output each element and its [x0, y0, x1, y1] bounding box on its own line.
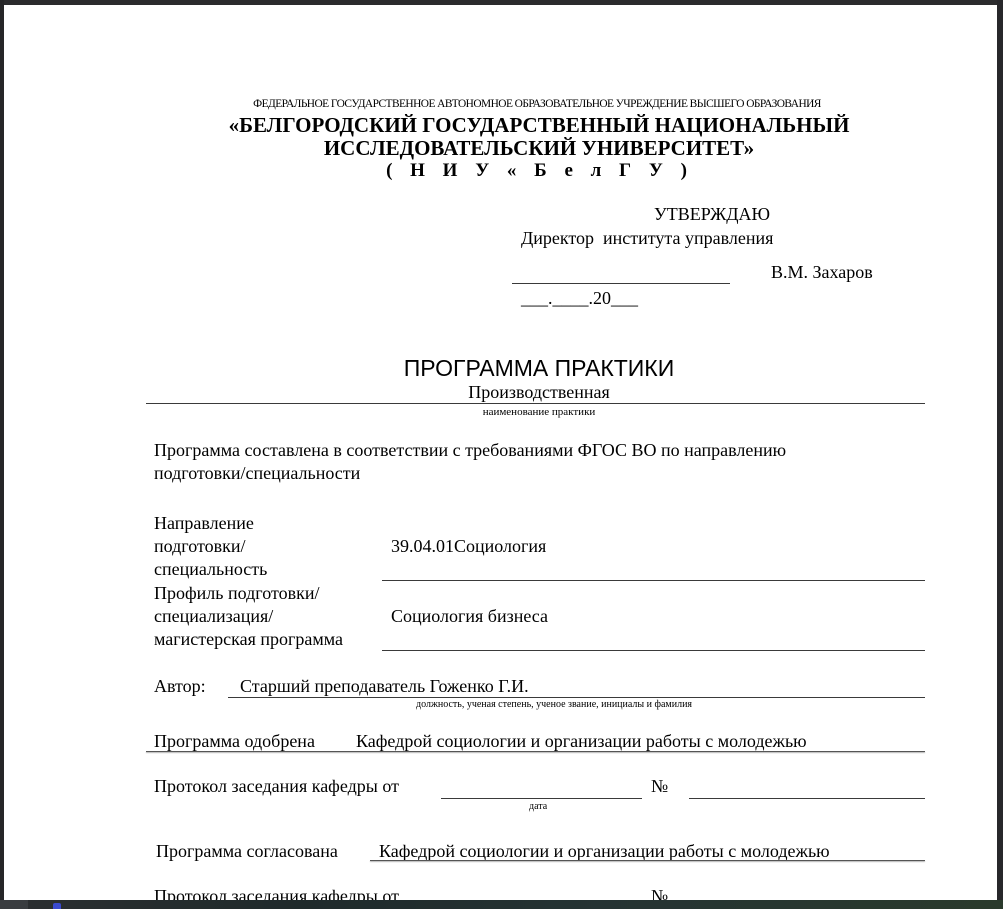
approval-date: ___.____.20___	[521, 288, 638, 309]
window-frame-right	[997, 0, 1003, 909]
author-underline	[228, 697, 925, 698]
direction-label: Направление подготовки/ специальность	[154, 512, 267, 581]
protocol1-date-caption: дата	[529, 801, 547, 812]
direction-label-line: специальность	[154, 558, 267, 581]
protocol1-number-sign: №	[651, 776, 668, 797]
protocol1-date-line	[441, 798, 642, 799]
taskbar	[0, 900, 1003, 909]
approved-by-value: Кафедрой социологии и организации работы…	[356, 731, 807, 752]
profile-value: Социология бизнеса	[391, 606, 548, 627]
document-page: ФЕДЕРАЛЬНОЕ ГОСУДАРСТВЕННОЕ АВТОНОМНОЕ О…	[4, 5, 997, 900]
start-button[interactable]	[0, 900, 28, 909]
compliance-text-line2: подготовки/специальности	[154, 463, 360, 484]
protocol1-number-line	[689, 798, 925, 799]
program-title: ПРОГРАММА ПРАКТИКИ	[4, 355, 997, 382]
university-abbreviation: ( Н И У « Б е л Г У )	[4, 160, 997, 182]
approval-signatory: В.М. Захаров	[771, 262, 873, 283]
compliance-text-line1: Программа составлена в соответствии с тр…	[154, 440, 786, 461]
direction-value: 39.04.01Социология	[391, 536, 546, 557]
direction-label-line: Направление	[154, 512, 267, 535]
approved-by-underline	[146, 751, 925, 752]
profile-label-line: специализация/	[154, 605, 343, 628]
university-name-line1: «БЕЛГОРОДСКИЙ ГОСУДАРСТВЕННЫЙ НАЦИОНАЛЬН…	[4, 113, 997, 138]
author-caption: должность, ученая степень, ученое звание…	[416, 699, 692, 710]
protocol2-label: Протокол заседания кафедры от	[154, 886, 399, 900]
agreed-by-label: Программа согласована	[156, 841, 338, 862]
profile-label-line: магистерская программа	[154, 628, 343, 651]
organization-type: ФЕДЕРАЛЬНОЕ ГОСУДАРСТВЕННОЕ АВТОНОМНОЕ О…	[4, 98, 997, 110]
profile-label: Профиль подготовки/ специализация/ магис…	[154, 582, 343, 651]
signature-line	[512, 283, 730, 284]
profile-underline	[382, 650, 925, 651]
protocol2-number-sign: №	[651, 886, 668, 900]
direction-label-line: подготовки/	[154, 535, 267, 558]
practice-type-caption: наименование практики	[4, 406, 997, 418]
author-label: Автор:	[154, 676, 206, 697]
agreed-by-value: Кафедрой социологии и организации работы…	[379, 841, 830, 862]
approval-position: Директор института управления	[521, 228, 773, 249]
approved-by-label: Программа одобрена	[154, 731, 315, 752]
approval-title: УТВЕРЖДАЮ	[654, 204, 770, 225]
practice-type-underline	[146, 403, 925, 404]
profile-label-line: Профиль подготовки/	[154, 582, 343, 605]
university-name-line2: ИССЛЕДОВАТЕЛЬСКИЙ УНИВЕРСИТЕТ»	[4, 136, 997, 161]
taskbar-app-icon[interactable]	[53, 903, 61, 909]
protocol1-label: Протокол заседания кафедры от	[154, 776, 399, 797]
agreed-by-underline	[370, 860, 925, 861]
direction-underline	[382, 580, 925, 581]
author-value: Старший преподаватель Гоженко Г.И.	[240, 676, 529, 697]
practice-type: Производственная	[4, 382, 997, 403]
